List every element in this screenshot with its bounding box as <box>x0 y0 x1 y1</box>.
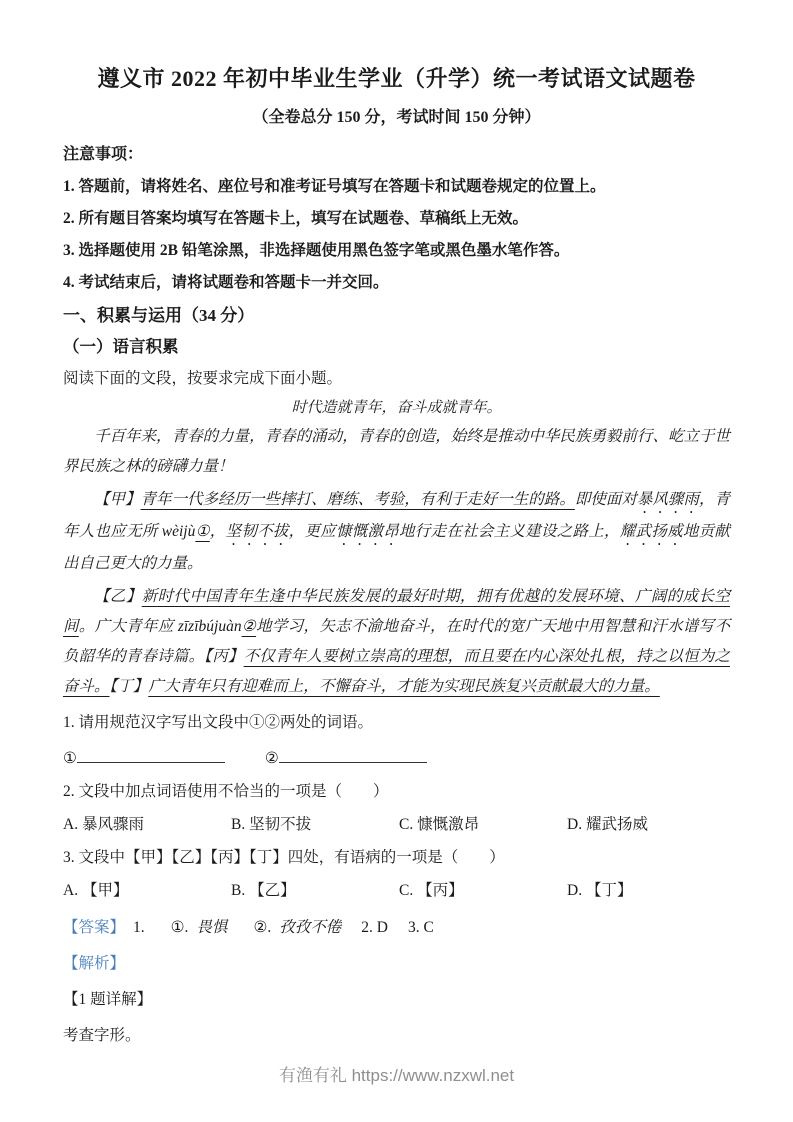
passage-epigraph: 时代造就青年，奋斗成就青年。 <box>63 397 730 419</box>
question-2-text: 2. 文段中加点词语使用不恰当的一项是（ ） <box>63 780 730 804</box>
question-3-text: 3. 文段中【甲】【乙】【丙】【丁】四处，有语病的一项是（ ） <box>63 846 730 870</box>
passage-text: ，更应 <box>289 523 336 540</box>
section-heading: 一、积累与运用（34 分） <box>63 304 730 328</box>
passage-text: 。广大青年应 zīzībújuàn <box>79 618 242 635</box>
passage-paragraph-1: 千百年来，青春的力量，青春的涌动，青春的创造，始终是推动中华民族勇毅前行、屹立于… <box>63 422 730 482</box>
passage-intro: 阅读下面的文段，按要求完成下面小题。 <box>63 367 730 390</box>
passage-text: ， <box>210 523 226 540</box>
answer-word-2: 孜孜不倦 <box>279 919 341 936</box>
answer-q1-number: 1. <box>133 919 145 936</box>
q2-option-c: C. 慷慨激昂 <box>399 813 567 837</box>
page-subtitle: （全卷总分 150 分，考试时间 150 分钟） <box>63 107 730 129</box>
passage-text: 地行走在社会主义建设之路上， <box>399 523 620 540</box>
page-title: 遵义市 2022 年初中毕业生学业（升学）统一考试语文试题卷 <box>63 64 730 94</box>
notice-item-3: 3. 选择题使用 2B 铅笔涂黑，非选择题使用黑色签字笔或黑色墨水笔作答。 <box>63 240 730 262</box>
q3-option-d: D. 【丁】 <box>567 879 632 903</box>
analysis-label: 【解析】 <box>63 952 730 976</box>
bracket-tag-yi: 【乙】 <box>94 588 142 605</box>
detail-heading: 【1 题详解】 <box>63 988 730 1012</box>
pinyin-blank-number-2: ② <box>242 618 257 635</box>
answer-line: 【答案】1.①.畏惧②.孜孜不倦2. D3. C <box>63 916 730 940</box>
blank-1-line <box>77 747 225 763</box>
subsection-heading: （一）语言积累 <box>63 335 730 359</box>
passage-text: 即使面对 <box>575 491 637 508</box>
question-3-options: A. 【甲】 B. 【乙】 C. 【丙】 D. 【丁】 <box>63 879 730 903</box>
q3-option-c: C. 【丙】 <box>399 879 567 903</box>
question-1-text: 1. 请用规范汉字写出文段中①②两处的词语。 <box>63 711 730 735</box>
bracket-tag-jia: 【甲】 <box>94 491 141 508</box>
pinyin-blank-number-1: ① <box>195 523 209 540</box>
detail-text: 考查字形。 <box>63 1024 730 1048</box>
blank-2-label: ② <box>265 750 279 767</box>
emphasized-word-4: 耀武扬威 <box>620 523 683 540</box>
answer-blank2-number: ②. <box>253 919 271 936</box>
question-2-options: A. 暴风骤雨 B. 坚韧不拔 C. 慷慨激昂 D. 耀武扬威 <box>63 813 730 837</box>
q3-option-a: A. 【甲】 <box>63 879 231 903</box>
answer-q2: 2. D <box>361 919 388 936</box>
bracket-tag-ding: 【丁】 <box>110 678 149 695</box>
answer-q3: 3. C <box>408 919 434 936</box>
q2-option-b: B. 坚韧不拔 <box>231 813 399 837</box>
emphasized-word-2: 坚韧不拔 <box>226 523 289 540</box>
notice-item-1: 1. 答题前，请将姓名、座位号和准考证号填写在答题卡和试题卷规定的位置上。 <box>63 176 730 198</box>
blank-1-label: ① <box>63 750 77 767</box>
question-1-blanks: ①② <box>63 747 730 771</box>
answer-blank1-number: ①. <box>171 919 189 936</box>
answer-label: 【答案】 <box>63 919 125 936</box>
q2-option-a: A. 暴风骤雨 <box>63 813 231 837</box>
answer-word-1: 畏惧 <box>196 919 227 936</box>
emphasized-word-3: 慷慨激昂 <box>336 523 399 540</box>
emphasized-word-1: 暴风骤雨 <box>637 491 699 508</box>
blank-2-line <box>279 747 427 763</box>
q3-option-b: B. 【乙】 <box>231 879 399 903</box>
passage-paragraph-3: 【乙】新时代中国青年生逢中华民族发展的最好时期，拥有优越的发展环境、广阔的成长空… <box>63 582 730 702</box>
exam-document-page: 遵义市 2022 年初中毕业生学业（升学）统一考试语文试题卷 （全卷总分 150… <box>0 0 793 1048</box>
footer-watermark: 有渔有礼 https://www.nzxwl.net <box>0 1061 793 1086</box>
notice-heading: 注意事项： <box>63 144 730 166</box>
notice-item-2: 2. 所有题目答案均填写在答题卡上，填写在试题卷、草稿纸上无效。 <box>63 208 730 230</box>
underlined-sentence-ding: 广大青年只有迎难而上，不懈奋斗，才能为实现民族复兴贡献最大的力量。 <box>148 678 660 695</box>
underlined-sentence-jia: 青年一代多经历一些摔打、磨练、考验，有利于走好一生的路。 <box>141 491 575 508</box>
notice-item-4: 4. 考试结束后，请将试题卷和答题卡一并交回。 <box>63 272 730 294</box>
q2-option-d: D. 耀武扬威 <box>567 813 648 837</box>
bracket-tag-bing: 【丙】 <box>204 648 243 665</box>
passage-paragraph-2: 【甲】青年一代多经历一些摔打、磨练、考验，有利于走好一生的路。即使面对暴风骤雨，… <box>63 485 730 579</box>
